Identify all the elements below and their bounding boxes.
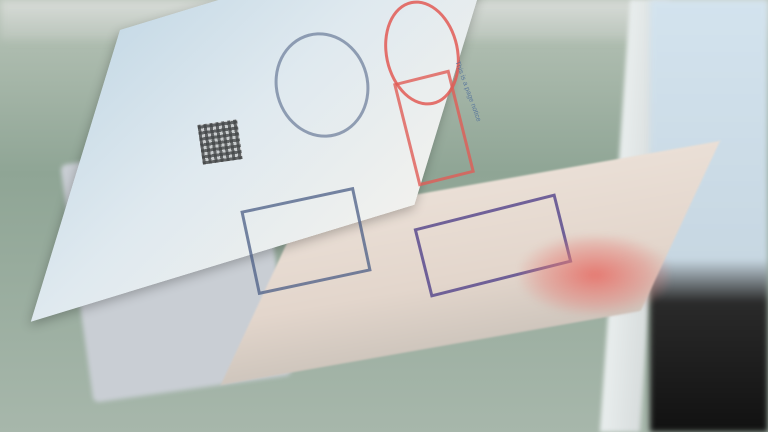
qr-code bbox=[197, 119, 242, 164]
stamp-red-blurred bbox=[520, 235, 670, 315]
photo-scene: This is a page notice Close-up photograp… bbox=[0, 0, 768, 432]
image-description: Close-up photograph of an open passport … bbox=[0, 0, 1, 1]
